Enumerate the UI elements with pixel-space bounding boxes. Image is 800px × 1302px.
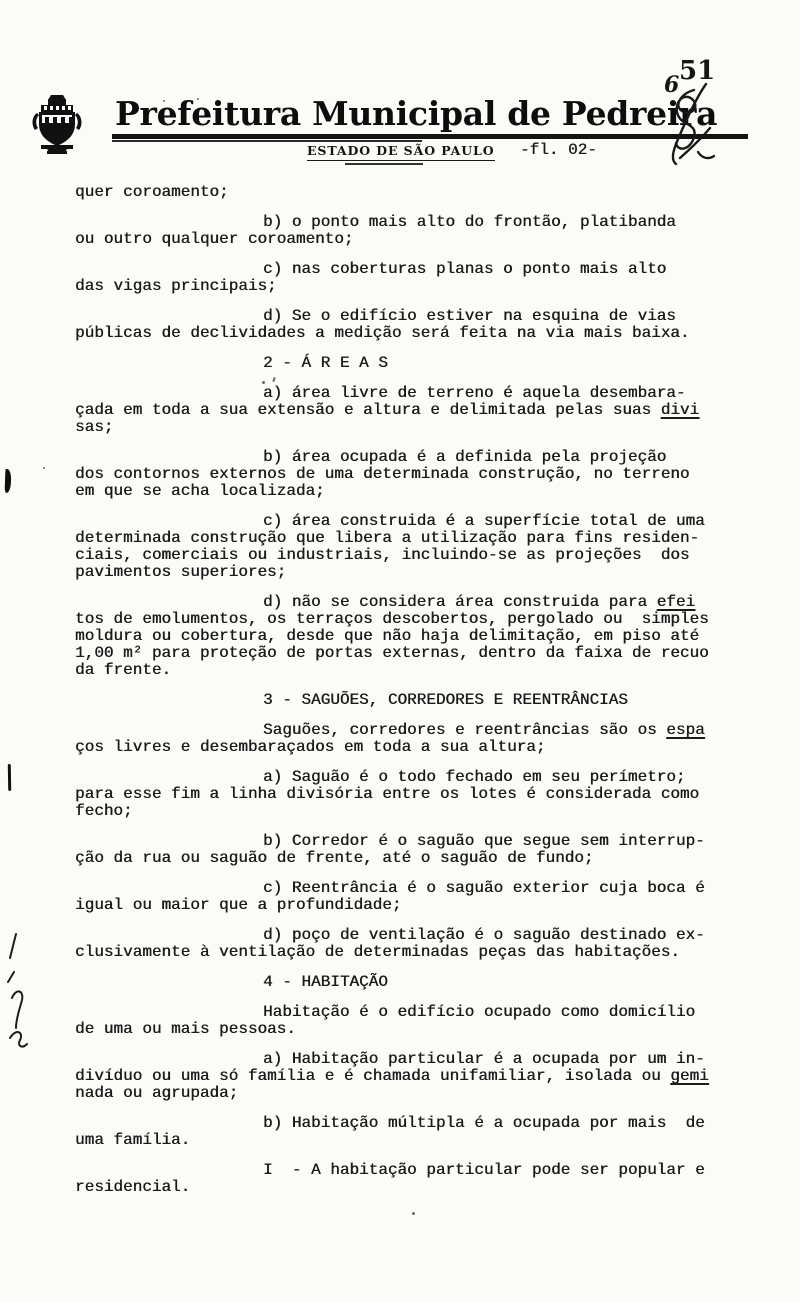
line-text: 4 - HABITAÇÃO bbox=[263, 973, 388, 991]
line-text: ou outro qualquer coroamento; bbox=[75, 230, 353, 248]
text-line: a) Habitação particular é a ocupada por … bbox=[75, 1051, 787, 1068]
line-text: ciais, comerciais ou industriais, inclui… bbox=[75, 546, 690, 564]
paragraph: c) Reentrância é o saguão exterior cuja … bbox=[75, 880, 787, 914]
paragraph: I - A habitação particular pode ser popu… bbox=[75, 1162, 787, 1196]
text-line: ciais, comerciais ou industriais, inclui… bbox=[75, 547, 787, 564]
subtitle-underline-dash bbox=[345, 163, 423, 165]
text-line: para esse fim a linha divisória entre os… bbox=[75, 786, 787, 803]
margin-handwritten-scribble bbox=[2, 928, 30, 1055]
scan-speck bbox=[412, 1212, 415, 1215]
text-line: b) o ponto mais alto do frontão, platiba… bbox=[75, 214, 787, 231]
line-underlined-tail: gemi bbox=[670, 1067, 708, 1085]
line-text: nada ou agrupada; bbox=[75, 1084, 238, 1102]
text-line: ou outro qualquer coroamento; bbox=[75, 231, 787, 248]
paragraph: d) não se considera área construida para… bbox=[75, 594, 787, 679]
line-text: divíduo ou uma só família e é chamada un… bbox=[75, 1067, 670, 1085]
text-line: ção da rua ou saguão de frente, até o sa… bbox=[75, 850, 787, 867]
line-text: determinada construção que libera a util… bbox=[75, 529, 699, 547]
line-text: de uma ou mais pessoas. bbox=[75, 1020, 296, 1038]
document-body: quer coroamento;b) o ponto mais alto do … bbox=[75, 184, 787, 1196]
text-line: das vigas principais; bbox=[75, 278, 787, 295]
text-line: nada ou agrupada; bbox=[75, 1085, 787, 1102]
text-line: b) área ocupada é a definida pela projeç… bbox=[75, 449, 787, 466]
line-text: fecho; bbox=[75, 802, 133, 820]
text-line: a) Saguão é o todo fechado em seu períme… bbox=[75, 769, 787, 786]
text-line: 2 - Á R E A S bbox=[75, 355, 787, 372]
scan-speck bbox=[163, 100, 165, 102]
line-text: ços livres e desembaraçados em toda a su… bbox=[75, 738, 545, 756]
text-line: residencial. bbox=[75, 1179, 787, 1196]
paragraph: Habitação é o edifício ocupado como domi… bbox=[75, 1004, 787, 1038]
scanned-document-page: Prefeitura Municipal de Pedreira ESTADO … bbox=[0, 0, 800, 1302]
line-text: b) Corredor é o saguão que segue sem int… bbox=[263, 832, 705, 850]
line-text: d) Se o edifício estiver na esquina de v… bbox=[263, 307, 676, 325]
text-line: d) Se o edifício estiver na esquina de v… bbox=[75, 308, 787, 325]
text-line: dos contornos externos de uma determinad… bbox=[75, 466, 787, 483]
paragraph: b) o ponto mais alto do frontão, platiba… bbox=[75, 214, 787, 248]
line-text: d) poço de ventilação é o saguão destina… bbox=[263, 926, 705, 944]
text-line: a) área livre de terreno é aquela desemb… bbox=[75, 385, 787, 402]
paragraph: b) Corredor é o saguão que segue sem int… bbox=[75, 833, 787, 867]
text-line: c) área construida é a superfície total … bbox=[75, 513, 787, 530]
handwritten-page-number: 6 51 bbox=[650, 56, 760, 176]
paragraph: a) Saguão é o todo fechado em seu períme… bbox=[75, 769, 787, 820]
line-text: b) o ponto mais alto do frontão, platiba… bbox=[263, 213, 676, 231]
line-text: para esse fim a linha divisória entre os… bbox=[75, 785, 699, 803]
text-line: I - A habitação particular pode ser popu… bbox=[75, 1162, 787, 1179]
paragraph: a) Habitação particular é a ocupada por … bbox=[75, 1051, 787, 1102]
line-text: c) área construida é a superfície total … bbox=[263, 512, 705, 530]
letterhead-rule-thin bbox=[112, 140, 422, 142]
text-line: sas; bbox=[75, 419, 787, 436]
line-text: b) área ocupada é a definida pela projeç… bbox=[263, 448, 666, 466]
line-text: clusivamente à ventilação de determinada… bbox=[75, 943, 680, 961]
line-text: moldura ou cobertura, desde que não haja… bbox=[75, 627, 699, 645]
paragraph: c) área construida é a superfície total … bbox=[75, 513, 787, 581]
municipal-coat-of-arms-icon bbox=[31, 93, 83, 155]
line-underlined-tail: divi bbox=[661, 401, 699, 419]
paragraph: b) Habitação múltipla é a ocupada por ma… bbox=[75, 1115, 787, 1149]
text-line: c) nas coberturas planas o ponto mais al… bbox=[75, 261, 787, 278]
paragraph: Saguões, corredores e reentrâncias são o… bbox=[75, 722, 787, 756]
line-text: çada em toda a sua extensão e altura e d… bbox=[75, 401, 661, 419]
letterhead-subtitle: ESTADO DE SÃO PAULO bbox=[307, 143, 495, 161]
paragraph: d) Se o edifício estiver na esquina de v… bbox=[75, 308, 787, 342]
line-text: b) Habitação múltipla é a ocupada por ma… bbox=[263, 1114, 705, 1132]
line-text: c) Reentrância é o saguão exterior cuja … bbox=[263, 879, 705, 897]
text-line: fecho; bbox=[75, 803, 787, 820]
margin-ink-bar bbox=[8, 764, 11, 791]
line-text: em que se acha localizada; bbox=[75, 482, 325, 500]
text-line: b) Corredor é o saguão que segue sem int… bbox=[75, 833, 787, 850]
folio-number: -fl. 02- bbox=[520, 141, 597, 159]
line-text: sas; bbox=[75, 418, 113, 436]
line-text: a) Saguão é o todo fechado em seu períme… bbox=[263, 768, 685, 786]
margin-ink-bar bbox=[5, 469, 12, 493]
line-text: 1,00 m² para proteção de portas externas… bbox=[75, 644, 709, 662]
text-line: públicas de declividades a medição será … bbox=[75, 325, 787, 342]
line-text: Habitação é o edifício ocupado como domi… bbox=[263, 1003, 695, 1021]
text-line: pavimentos superiores; bbox=[75, 564, 787, 581]
handwritten-rubric-icon bbox=[662, 82, 718, 178]
line-text: residencial. bbox=[75, 1178, 190, 1196]
paragraph: b) área ocupada é a definida pela projeç… bbox=[75, 449, 787, 500]
line-text: c) nas coberturas planas o ponto mais al… bbox=[263, 260, 666, 278]
section-heading: 2 - Á R E A S bbox=[75, 355, 787, 372]
line-underlined-tail: espa bbox=[666, 721, 704, 739]
line-text: I - A habitação particular pode ser popu… bbox=[263, 1161, 705, 1179]
line-text: ção da rua ou saguão de frente, até o sa… bbox=[75, 849, 593, 867]
text-line: b) Habitação múltipla é a ocupada por ma… bbox=[75, 1115, 787, 1132]
text-line: uma família. bbox=[75, 1132, 787, 1149]
line-text: a) Habitação particular é a ocupada por … bbox=[263, 1050, 705, 1068]
text-line: em que se acha localizada; bbox=[75, 483, 787, 500]
line-text: dos contornos externos de uma determinad… bbox=[75, 465, 690, 483]
text-line: 3 - SAGUÕES, CORREDORES E REENTRÂNCIAS bbox=[75, 692, 787, 709]
text-line: Habitação é o edifício ocupado como domi… bbox=[75, 1004, 787, 1021]
paragraph: c) nas coberturas planas o ponto mais al… bbox=[75, 261, 787, 295]
text-line: tos de emolumentos, os terraços descober… bbox=[75, 611, 787, 628]
line-text: públicas de declividades a medição será … bbox=[75, 324, 690, 342]
text-line: de uma ou mais pessoas. bbox=[75, 1021, 787, 1038]
paragraph: d) poço de ventilação é o saguão destina… bbox=[75, 927, 787, 961]
text-line: 1,00 m² para proteção de portas externas… bbox=[75, 645, 787, 662]
text-line: da frente. bbox=[75, 662, 787, 679]
scan-speck bbox=[43, 467, 45, 469]
line-text: igual ou maior que a profundidade; bbox=[75, 896, 401, 914]
line-text: tos de emolumentos, os terraços descober… bbox=[75, 610, 709, 628]
line-text: d) não se considera área construida para bbox=[263, 593, 657, 611]
text-line: quer coroamento; bbox=[75, 184, 787, 201]
line-text: das vigas principais; bbox=[75, 277, 277, 295]
line-text: 3 - SAGUÕES, CORREDORES E REENTRÂNCIAS bbox=[263, 691, 628, 709]
line-text: a) área livre de terreno é aquela desemb… bbox=[263, 384, 685, 402]
text-line: d) poço de ventilação é o saguão destina… bbox=[75, 927, 787, 944]
line-text: quer coroamento; bbox=[75, 183, 229, 201]
text-line: Saguões, corredores e reentrâncias são o… bbox=[75, 722, 787, 739]
line-underlined-tail: efei bbox=[657, 593, 695, 611]
text-line: ços livres e desembaraçados em toda a su… bbox=[75, 739, 787, 756]
scan-speck bbox=[197, 98, 199, 100]
text-line: 4 - HABITAÇÃO bbox=[75, 974, 787, 991]
text-line: c) Reentrância é o saguão exterior cuja … bbox=[75, 880, 787, 897]
paragraph: quer coroamento; bbox=[75, 184, 787, 201]
line-text: Saguões, corredores e reentrâncias são o… bbox=[263, 721, 666, 739]
paragraph: a) área livre de terreno é aquela desemb… bbox=[75, 385, 787, 436]
line-text: 2 - Á R E A S bbox=[263, 354, 388, 372]
line-text: da frente. bbox=[75, 661, 171, 679]
text-line: igual ou maior que a profundidade; bbox=[75, 897, 787, 914]
text-line: moldura ou cobertura, desde que não haja… bbox=[75, 628, 787, 645]
text-line: divíduo ou uma só família e é chamada un… bbox=[75, 1068, 787, 1085]
line-text: pavimentos superiores; bbox=[75, 563, 286, 581]
text-line: clusivamente à ventilação de determinada… bbox=[75, 944, 787, 961]
section-heading: 3 - SAGUÕES, CORREDORES E REENTRÂNCIAS bbox=[75, 692, 787, 709]
section-heading: 4 - HABITAÇÃO bbox=[75, 974, 787, 991]
text-line: determinada construção que libera a util… bbox=[75, 530, 787, 547]
line-text: uma família. bbox=[75, 1131, 190, 1149]
text-line: çada em toda a sua extensão e altura e d… bbox=[75, 402, 787, 419]
text-line: d) não se considera área construida para… bbox=[75, 594, 787, 611]
